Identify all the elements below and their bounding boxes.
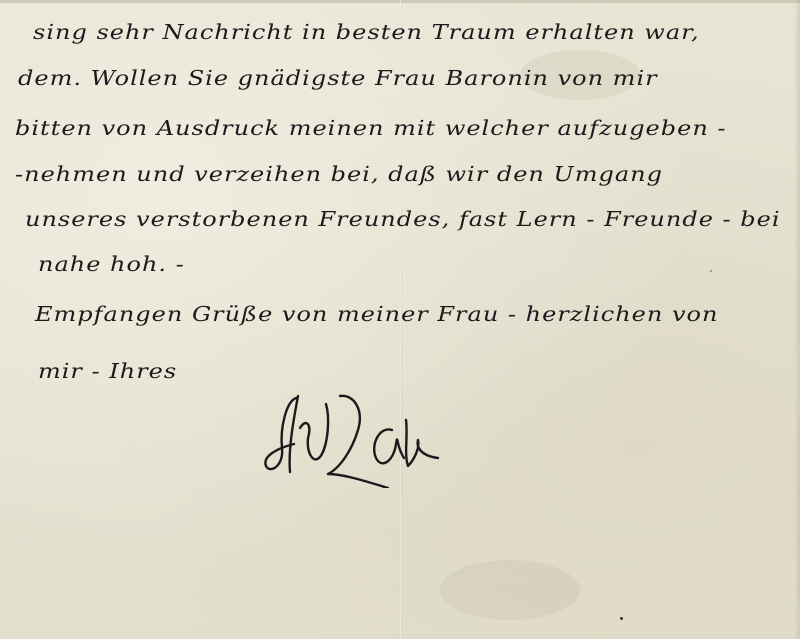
paper-right-edge [794, 0, 800, 639]
paper-stain [440, 560, 580, 620]
letter-line-2: dem. Wollen Sie gnädigste Frau Baronin v… [18, 66, 658, 90]
letter-line-5: unseres verstorbenen Freundes, fast Lern… [25, 207, 781, 231]
ink-speck [710, 270, 712, 272]
signature [258, 388, 448, 488]
letter-line-3: bitten von Ausdruck meinen mit welcher a… [15, 116, 727, 140]
letter-line-8: mir - Ihres [38, 359, 177, 383]
letter-line-4: -nehmen und verzeihen bei, daß wir den U… [15, 162, 663, 186]
letter-line-7: Empfangen Grüße von meiner Frau - herzli… [35, 302, 718, 326]
ink-speck [620, 617, 623, 620]
letter-line-1: sing sehr Nachricht in besten Traum erha… [33, 20, 700, 44]
letter-page: sing sehr Nachricht in besten Traum erha… [0, 0, 800, 639]
letter-line-6: nahe hoh. - [38, 252, 185, 276]
